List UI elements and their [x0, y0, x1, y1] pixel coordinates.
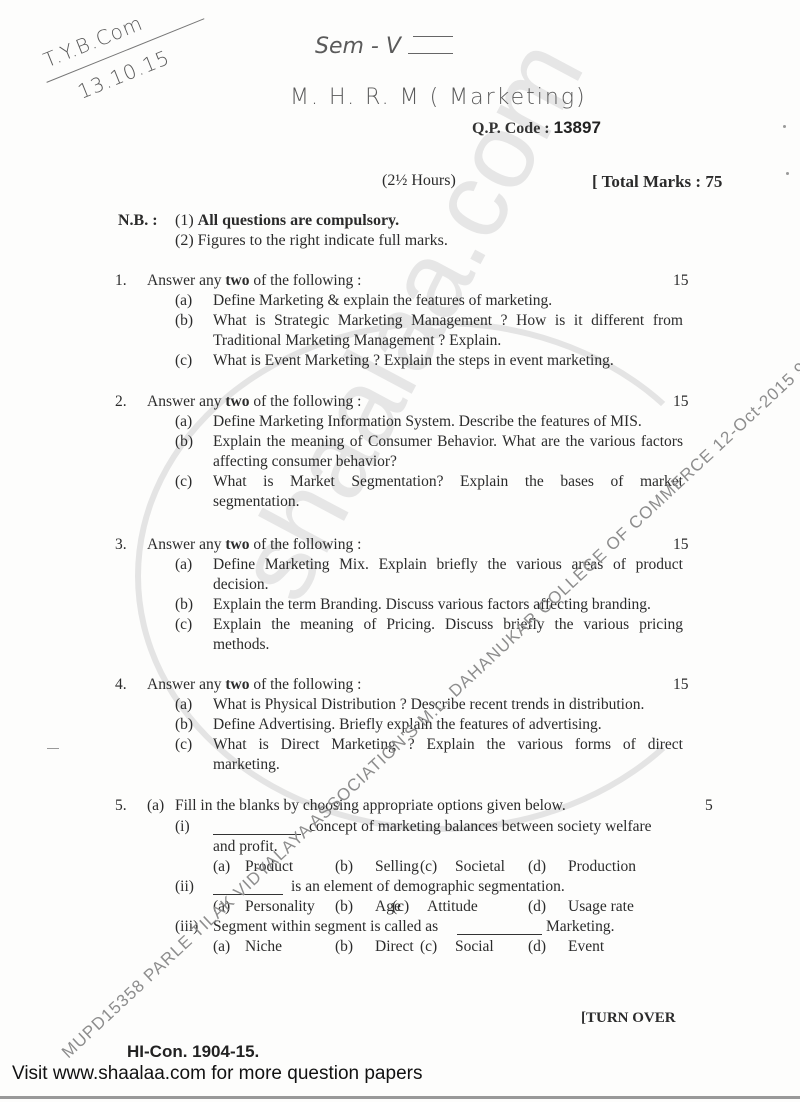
question-number: 5. [115, 797, 127, 815]
item-text: concept of marketing balances between so… [309, 818, 652, 836]
option-label: (b) [335, 938, 353, 956]
question-part-label: (c) [175, 352, 192, 370]
option-text: Personality [245, 898, 315, 916]
question-part-text: Traditional Marketing Management ? Expla… [213, 332, 501, 350]
item-text: Marketing. [546, 918, 614, 936]
question-part-text: Explain the meaning of Pricing. Discuss … [213, 616, 683, 634]
question-part-text: affecting consumer behavior? [213, 453, 397, 471]
qp-code-label: Q.P. Code : [472, 120, 550, 137]
question-number: 3. [115, 536, 127, 554]
option-label: (a) [213, 858, 230, 876]
duration: (2½ Hours) [382, 172, 456, 190]
question-part-text: Define Advertising. Briefly explain the … [213, 716, 602, 734]
question-marks: 5 [705, 797, 713, 815]
question-number: 2. [115, 393, 127, 411]
item-label: (ii) [175, 878, 194, 896]
question-marks: 15 [673, 676, 689, 694]
option-label: (b) [335, 858, 353, 876]
option-text: Direct [375, 938, 414, 956]
question-part-label: (c) [175, 616, 192, 634]
question-prompt: Answer any two of the following : [147, 676, 361, 694]
item-text: Segment within segment is called as [213, 918, 438, 936]
option-text: Societal [455, 858, 505, 876]
option-label: (a) [213, 898, 230, 916]
option-text: Niche [245, 938, 282, 956]
paper-code: HI-Con. 1904-15. [127, 1042, 259, 1062]
option-label: (c) [420, 858, 437, 876]
note-text: Figures to the right indicate full marks… [198, 232, 448, 249]
note-number: (2) [175, 232, 194, 249]
question-part-label: (a) [175, 292, 192, 310]
question-part-label: (b) [175, 433, 193, 451]
question-part-label: (a) [175, 556, 192, 574]
question-marks: 15 [673, 536, 689, 554]
question-number: 1. [115, 272, 127, 290]
question-part-label: (c) [175, 736, 192, 754]
item-text: is an element of demographic segmentatio… [291, 878, 565, 896]
turn-over: [TURN OVER [581, 1010, 676, 1027]
option-label: (c) [420, 938, 437, 956]
bottom-border [0, 1096, 800, 1099]
question-prompt: Answer any two of the following : [147, 393, 361, 411]
option-text: Selling [375, 858, 419, 876]
question-part-text: Define Marketing Mix. Explain briefly th… [213, 556, 683, 574]
question-part-text: marketing. [213, 756, 280, 774]
emphasis: two [225, 272, 249, 289]
question-part-label: (b) [175, 716, 193, 734]
question-part-text: What is Event Marketing ? Explain the st… [213, 352, 614, 370]
question-part-text: What is Market Segmentation? Explain the… [213, 473, 683, 491]
option-text: Usage rate [568, 898, 634, 916]
question-prompt: Fill in the blanks by choosing appropria… [175, 797, 566, 815]
question-part-text: What is Physical Distribution ? Describe… [213, 696, 644, 714]
note-1: (1) All questions are compulsory. [175, 212, 399, 230]
qp-code-value: 13897 [554, 118, 601, 137]
scan-mark [47, 748, 59, 749]
question-part-label: (c) [175, 473, 192, 491]
question-marks: 15 [673, 272, 689, 290]
question-part-label: (a) [147, 797, 164, 815]
note-number: (1) [175, 212, 194, 229]
total-marks: [ Total Marks : 75 [592, 172, 722, 192]
question-part-text: decision. [213, 576, 269, 594]
question-prompt: Answer any two of the following : [147, 536, 361, 554]
option-text: Social [455, 938, 494, 956]
emphasis: two [225, 536, 249, 553]
question-part-label: (b) [175, 312, 193, 330]
option-label: (d) [528, 898, 546, 916]
notes: N.B. : [118, 212, 158, 230]
option-text: Production [568, 858, 636, 876]
question-part-text: Explain the meaning of Consumer Behavior… [213, 433, 683, 451]
question-part-text: segmentation. [213, 493, 300, 511]
visit-link-text[interactable]: Visit www.shaalaa.com for more question … [12, 1063, 422, 1085]
emphasis: two [225, 393, 249, 410]
blank-line [457, 920, 542, 935]
qp-code: Q.P. Code : 13897 [472, 118, 601, 138]
handwritten-subject: M. H. R. M ( Marketing) [290, 85, 587, 110]
option-label: (c) [392, 898, 409, 916]
question-part-text: What is Strategic Marketing Management ?… [213, 312, 683, 330]
item-label: (i) [175, 818, 190, 836]
handwritten-semester: Sem - V [315, 34, 401, 59]
question-part-text: What is Direct Marketing ? Explain the v… [213, 736, 683, 754]
item-text-continued: and profit. [213, 838, 278, 856]
question-prompt: Answer any two of the following : [147, 272, 361, 290]
note-text: All questions are compulsory. [198, 212, 400, 229]
question-part-text: Define Marketing Information System. Des… [213, 413, 642, 431]
option-label: (d) [528, 858, 546, 876]
option-text: Attitude [427, 898, 478, 916]
option-label: (a) [213, 938, 230, 956]
question-part-label: (a) [175, 696, 192, 714]
option-label: (d) [528, 938, 546, 956]
item-label: (iii) [175, 918, 198, 936]
scan-speck [786, 172, 789, 175]
emphasis: two [225, 676, 249, 693]
scan-speck [783, 125, 786, 128]
question-part-label: (b) [175, 596, 193, 614]
semester-overline [413, 36, 453, 37]
option-label: (b) [335, 898, 353, 916]
notes-label: N.B. : [118, 212, 158, 229]
question-marks: 15 [673, 393, 689, 411]
semester-underline [408, 53, 453, 54]
note-2: (2) Figures to the right indicate full m… [175, 232, 448, 250]
option-text: Product [245, 858, 293, 876]
blank-line [213, 820, 301, 835]
question-part-label: (a) [175, 413, 192, 431]
blank-line [213, 880, 283, 895]
question-part-text: Explain the term Branding. Discuss vario… [213, 596, 651, 614]
handwritten-class-date: T.Y.B.Com 13.10.15 [40, 6, 173, 111]
option-text: Event [568, 938, 604, 956]
question-part-text: methods. [213, 636, 269, 654]
question-number: 4. [115, 676, 127, 694]
question-part-text: Define Marketing & explain the features … [213, 292, 552, 310]
